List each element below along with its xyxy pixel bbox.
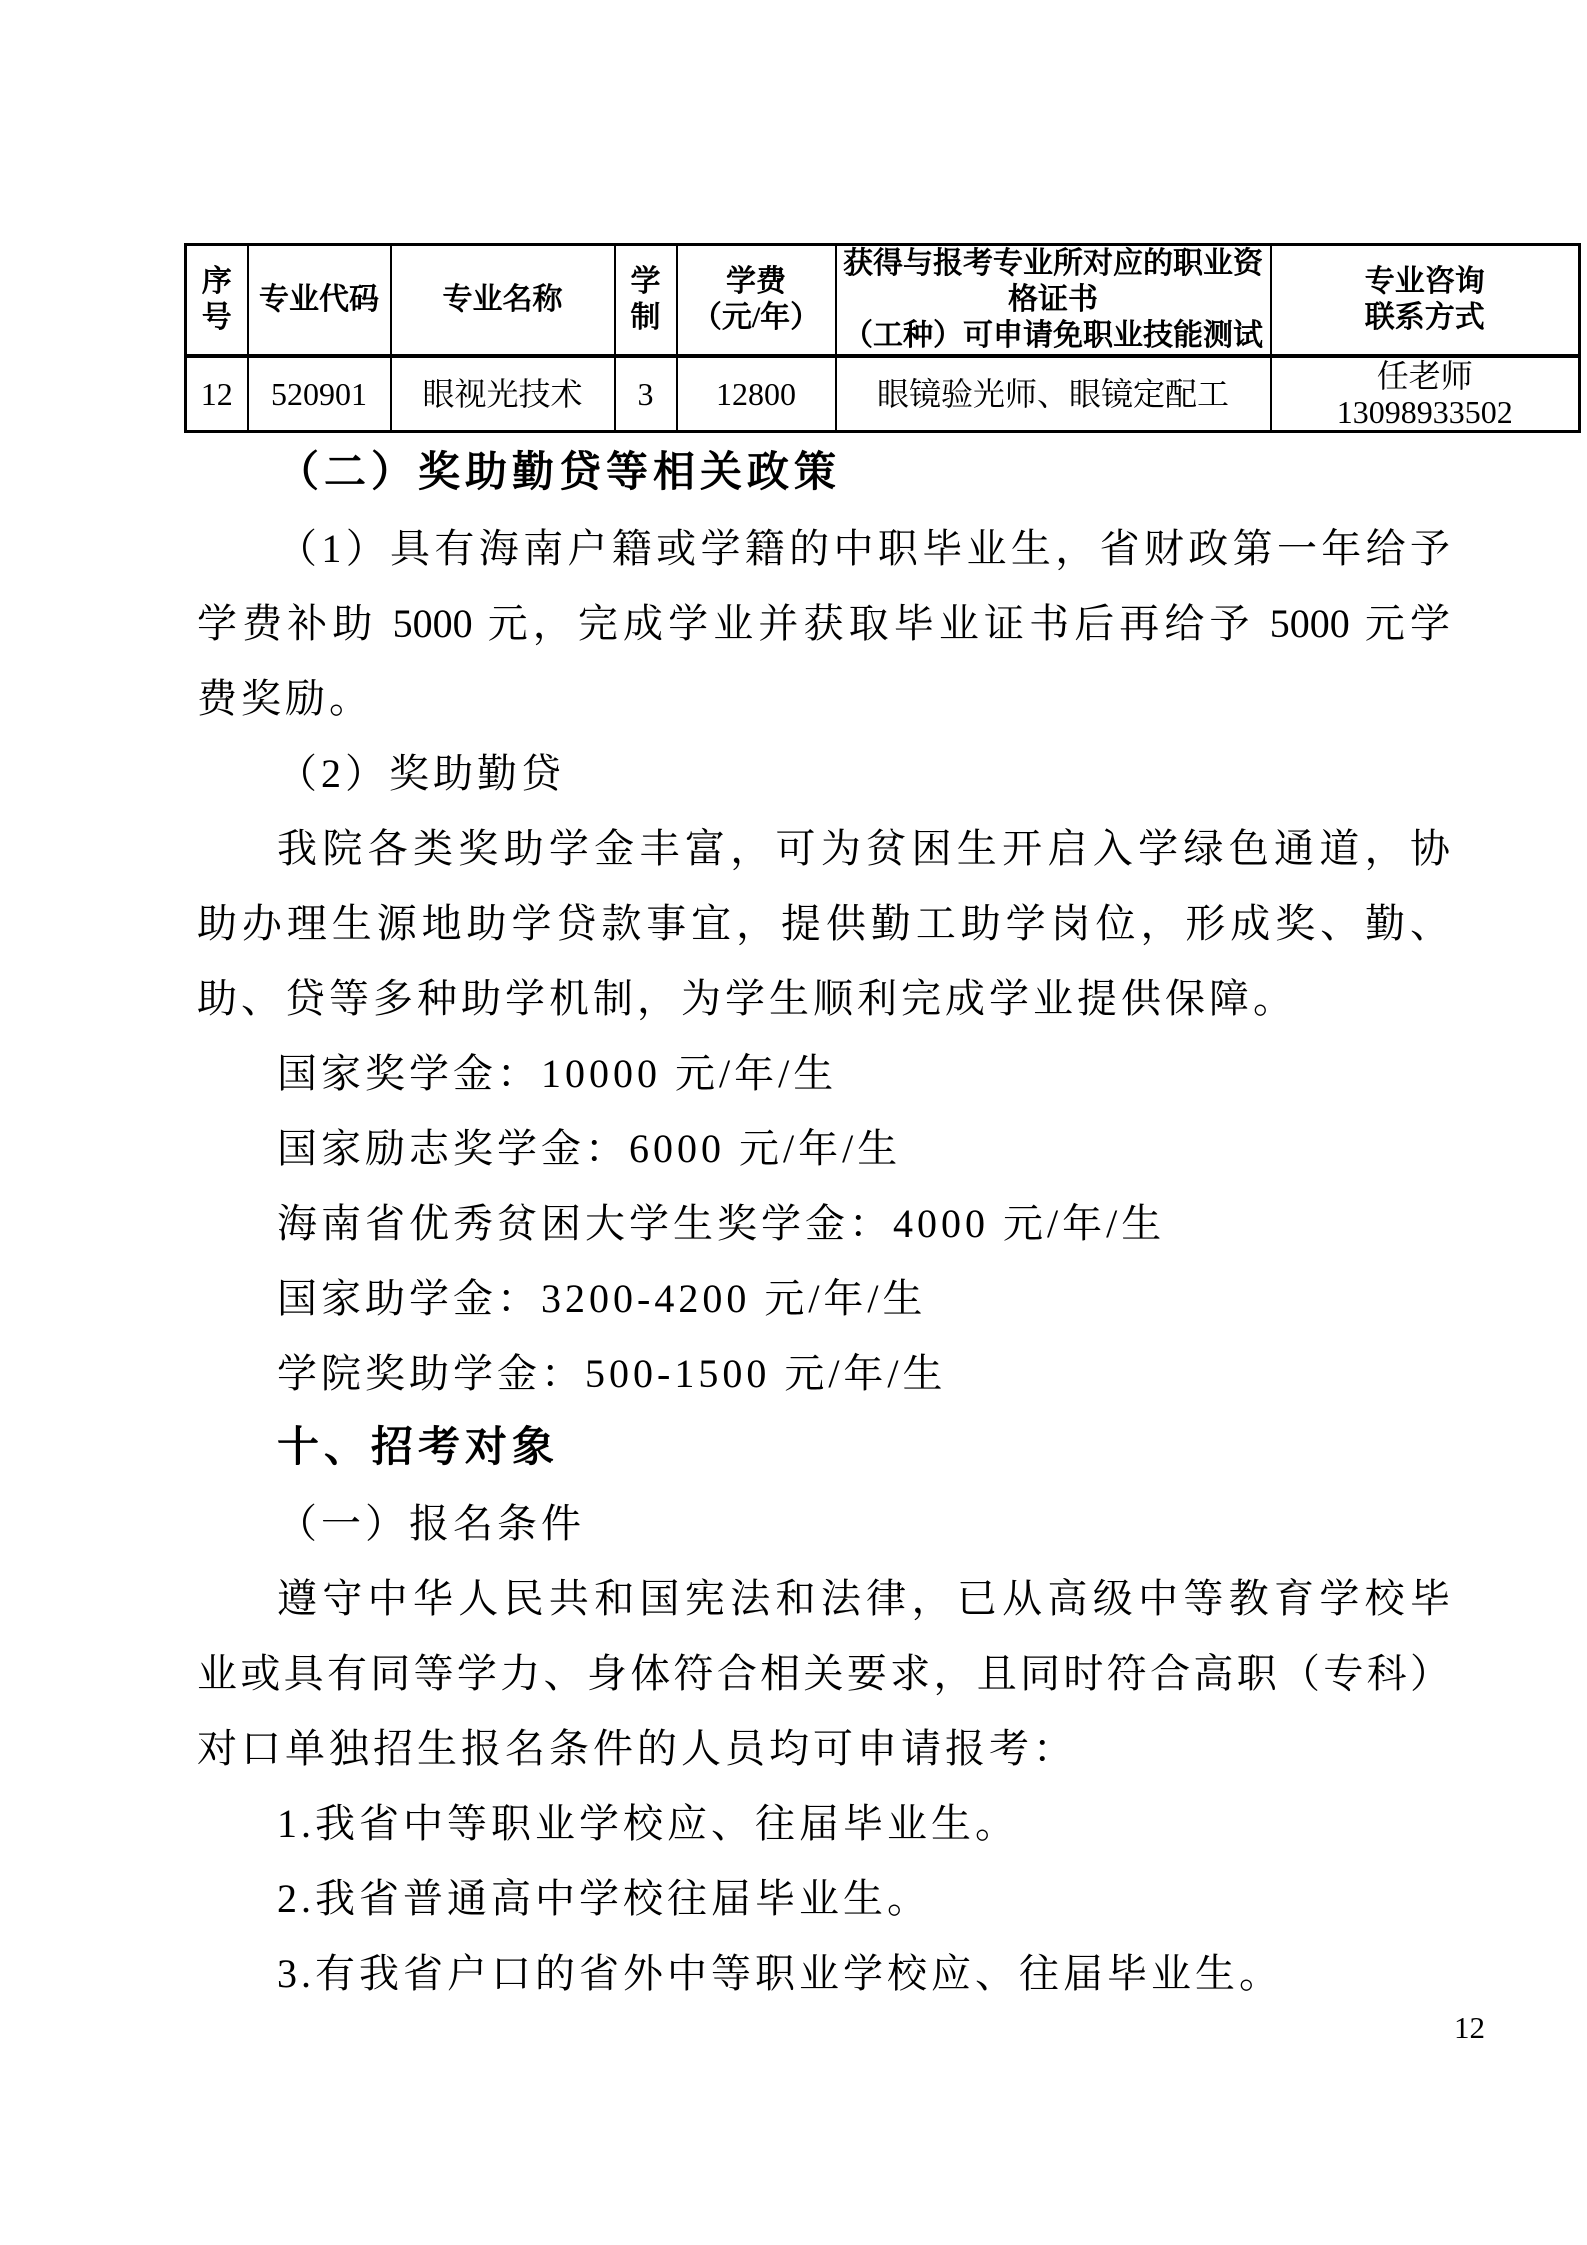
- cell-contact: 任老师 13098933502: [1271, 356, 1580, 432]
- subheading-scholarship: （2）奖助勤贷: [197, 736, 1450, 811]
- paragraph-line: 助、贷等多种助学机制，为学生顺利完成学业提供保障。: [197, 961, 1450, 1036]
- paragraph-line: 对口单独招生报名条件的人员均可申请报考：: [197, 1711, 1450, 1786]
- paragraph-line: （1）具有海南户籍或学籍的中职毕业生，省财政第一年给予: [197, 511, 1450, 586]
- body-text: （二）奖助勤贷等相关政策 （1）具有海南户籍或学籍的中职毕业生，省财政第一年给予…: [197, 436, 1450, 2011]
- page-number: 12: [1454, 2008, 1485, 2048]
- header-certificate: 获得与报考专业所对应的职业资 格证书 （工种）可申请免职业技能测试: [836, 245, 1271, 357]
- scholarship-hainan: 海南省优秀贫困大学生奖学金：4000 元/年/生: [197, 1186, 1450, 1261]
- cell-serial-number: 12: [186, 356, 248, 432]
- cell-tuition: 12800: [677, 356, 836, 432]
- cell-certificate: 眼镜验光师、眼镜定配工: [836, 356, 1271, 432]
- paragraph-line: 学费补助 5000 元，完成学业并获取毕业证书后再给予 5000 元学: [197, 586, 1450, 661]
- grant-college: 学院奖助学金：500-1500 元/年/生: [197, 1336, 1450, 1411]
- header-serial-number: 序 号: [186, 245, 248, 357]
- table-header-row: 序 号 专业代码 专业名称 学 制 学费 （元/年） 获得与报考专业所对应的职业…: [186, 245, 1580, 357]
- programs-table: 序 号 专业代码 专业名称 学 制 学费 （元/年） 获得与报考专业所对应的职业…: [184, 243, 1581, 433]
- header-contact: 专业咨询 联系方式: [1271, 245, 1580, 357]
- scholarship-inspiration: 国家励志奖学金：6000 元/年/生: [197, 1111, 1450, 1186]
- cell-study-length: 3: [615, 356, 677, 432]
- grant-national: 国家助学金：3200-4200 元/年/生: [197, 1261, 1450, 1336]
- list-item-3: 3.有我省户口的省外中等职业学校应、往届毕业生。: [197, 1936, 1450, 2011]
- paragraph-line: 我院各类奖助学金丰富，可为贫困生开启入学绿色通道，协: [197, 811, 1450, 886]
- header-tuition: 学费 （元/年）: [677, 245, 836, 357]
- paragraph-line: 业或具有同等学力、身体符合相关要求，且同时符合高职（专科）: [197, 1636, 1450, 1711]
- list-item-2: 2.我省普通高中学校往届毕业生。: [197, 1861, 1450, 1936]
- header-major-code: 专业代码: [248, 245, 391, 357]
- section-heading-policy: （二）奖助勤贷等相关政策: [197, 436, 1450, 511]
- cell-major-code: 520901: [248, 356, 391, 432]
- table-row: 12 520901 眼视光技术 3 12800 眼镜验光师、眼镜定配工 任老师 …: [186, 356, 1580, 432]
- paragraph-line: 助办理生源地助学贷款事宜，提供勤工助学岗位，形成奖、勤、: [197, 886, 1450, 961]
- paragraph-line: 费奖励。: [197, 661, 1450, 736]
- header-study-length: 学 制: [615, 245, 677, 357]
- cell-major-name: 眼视光技术: [391, 356, 615, 432]
- header-major-name: 专业名称: [391, 245, 615, 357]
- section-heading-candidates: 十、招考对象: [197, 1411, 1450, 1486]
- scholarship-national: 国家奖学金：10000 元/年/生: [197, 1036, 1450, 1111]
- paragraph-line: 遵守中华人民共和国宪法和法律，已从高级中等教育学校毕: [197, 1561, 1450, 1636]
- subheading-requirements: （一）报名条件: [197, 1486, 1450, 1561]
- list-item-1: 1.我省中等职业学校应、往届毕业生。: [197, 1786, 1450, 1861]
- document-page: { "table": { "headers": [ "序\n号", "专业代码"…: [0, 0, 1587, 2245]
